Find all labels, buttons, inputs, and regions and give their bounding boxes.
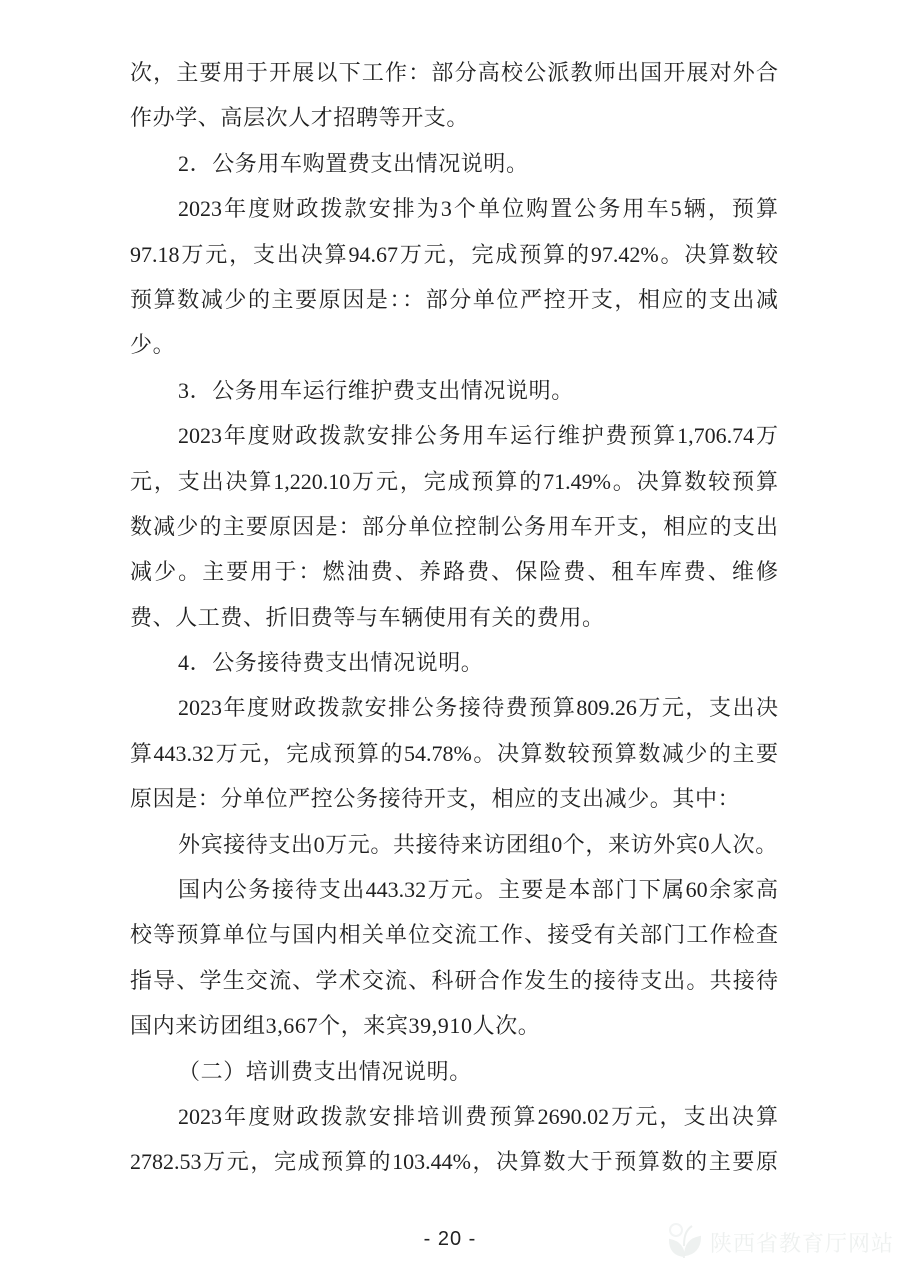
line-foreign-coop-1: 次，主要用于开展以下工作：部分高校公派教师出国开展对外合	[130, 50, 778, 95]
heading-training-fee: （二）培训费支出情况说明。	[130, 1049, 778, 1094]
line-vehicle-purchase-4: 少。	[130, 322, 778, 367]
line-reception-1: 2023年度财政拨款安排公务接待费预算809.26万元，支出决	[130, 685, 778, 730]
heading-official-reception: 4．公务接待费支出情况说明。	[130, 640, 778, 685]
line-vehicle-purchase-1: 2023年度财政拨款安排为3个单位购置公务用车5辆，预算	[130, 186, 778, 231]
line-training-1: 2023年度财政拨款安排培训费预算2690.02万元，支出决算	[130, 1094, 778, 1139]
line-training-2: 2782.53万元，完成预算的103.44%，决算数大于预算数的主要原	[130, 1139, 778, 1184]
line-vehicle-operation-1: 2023年度财政拨款安排公务用车运行维护费预算1,706.74万	[130, 413, 778, 458]
line-foreign-guests: 外宾接待支出0万元。共接待来访团组0个，来访外宾0人次。	[130, 822, 778, 867]
line-domestic-reception-1: 国内公务接待支出443.32万元。主要是本部门下属60余家高	[130, 867, 778, 912]
line-reception-2: 算443.32万元，完成预算的54.78%。决算数较预算数减少的主要	[130, 731, 778, 776]
line-domestic-reception-4: 国内来访团组3,667个，来宾39,910人次。	[130, 1003, 778, 1048]
document-page: 次，主要用于开展以下工作：部分高校公派教师出国开展对外合作办学、高层次人才招聘等…	[0, 0, 900, 1272]
line-vehicle-operation-5: 费、人工费、折旧费等与车辆使用有关的费用。	[130, 595, 778, 640]
line-vehicle-purchase-3: 预算数减少的主要原因是：：部分单位严控开支，相应的支出减	[130, 277, 778, 322]
line-vehicle-operation-4: 减少。主要用于：燃油费、养路费、保险费、租车库费、维修	[130, 549, 778, 594]
heading-vehicle-operation: 3．公务用车运行维护费支出情况说明。	[130, 368, 778, 413]
line-reception-3: 原因是：分单位严控公务接待开支，相应的支出减少。其中：	[130, 776, 778, 821]
line-foreign-coop-2: 作办学、高层次人才招聘等开支。	[130, 95, 778, 140]
line-domestic-reception-3: 指导、学生交流、学术交流、科研合作发生的接待支出。共接待	[130, 958, 778, 1003]
line-domestic-reception-2: 校等预算单位与国内相关单位交流工作、接受有关部门工作检查	[130, 912, 778, 957]
line-vehicle-operation-2: 元，支出决算1,220.10万元，完成预算的71.49%。决算数较预算	[130, 459, 778, 504]
document-body-text: 次，主要用于开展以下工作：部分高校公派教师出国开展对外合作办学、高层次人才招聘等…	[130, 50, 778, 1185]
line-vehicle-operation-3: 数减少的主要原因是：部分单位控制公务用车开支，相应的支出	[130, 504, 778, 549]
page-number: - 20 -	[0, 1228, 900, 1251]
line-vehicle-purchase-2: 97.18万元，支出决算94.67万元，完成预算的97.42%。决算数较	[130, 232, 778, 277]
heading-vehicle-purchase: 2．公务用车购置费支出情况说明。	[130, 141, 778, 186]
